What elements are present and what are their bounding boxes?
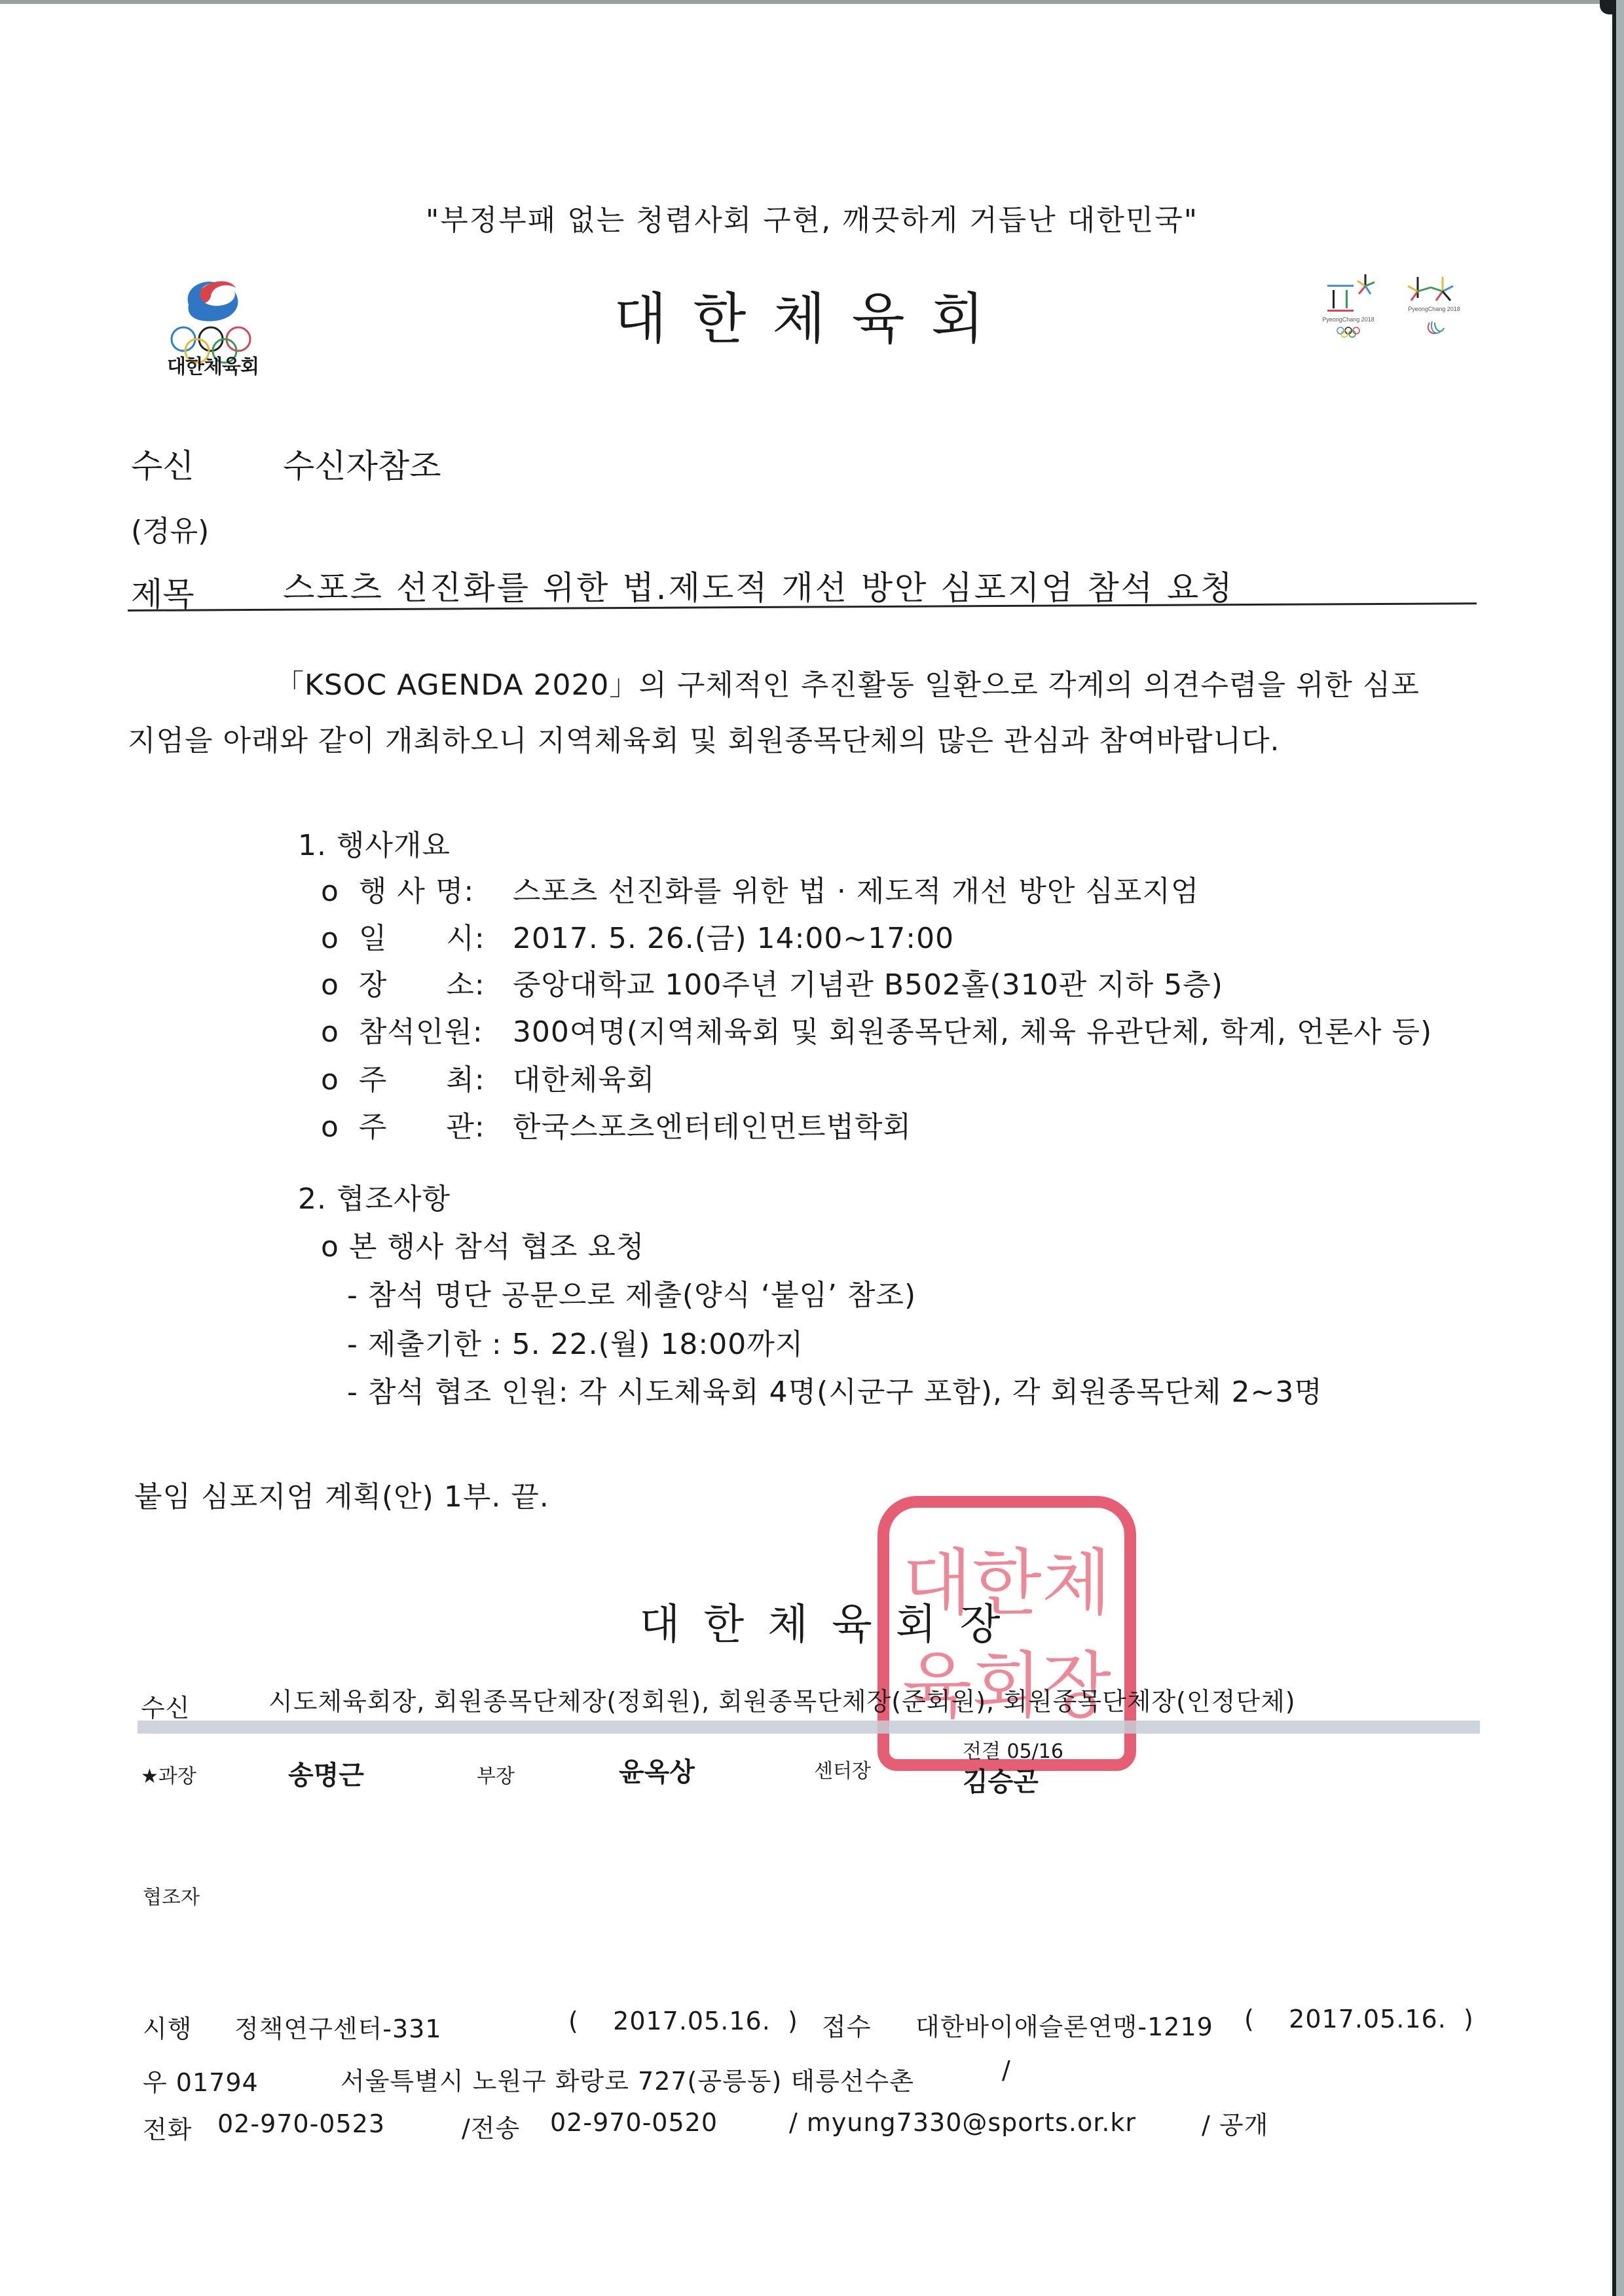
intro-line-1: 「KSOC AGENDA 2020」의 구체적인 추진활동 일환으로 각계의 의… — [275, 661, 1420, 703]
section-2-sub-item: - 제출기한 : 5. 22.(월) 18:00까지 — [347, 1321, 803, 1362]
email-link[interactable]: / myung7330@sports.or.kr — [789, 2108, 1136, 2137]
subject-value: 스포츠 선진화를 위한 법.제도적 개선 방안 심포지엄 참석 요청 — [283, 562, 1234, 609]
approval-name: 윤옥상 — [619, 1751, 695, 1789]
drafter-star-icon: ★ — [141, 1765, 158, 1788]
address-separator: / — [1002, 2056, 1011, 2085]
enforcement-number: 정책연구센터-331 — [234, 2009, 442, 2045]
ksoc-logo-text: 대한체육회 — [157, 350, 268, 379]
item-value: 한국스포츠엔터테인먼트법학회 — [513, 1110, 912, 1144]
event-item: o 주 최: 대한체육회 — [321, 1056, 655, 1098]
item-label: 주 관: — [359, 1103, 503, 1145]
bullet: o — [321, 1063, 339, 1097]
address: 서울특별시 노원구 화랑로 727(공릉동) 태릉선수촌 — [341, 2061, 914, 2097]
section-2-bullet: o 본 행사 참석 협조 요청 — [321, 1223, 644, 1265]
svg-text:PyeongChang 2018: PyeongChang 2018 — [1322, 316, 1375, 323]
pyeongchang-2018-paralympic-emblem-icon: PyeongChang 2018 — [1398, 272, 1470, 344]
approval-role: 센터장 — [814, 1755, 871, 1783]
recipient-value: 수신자참조 — [283, 440, 441, 487]
item-label: 장 소: — [359, 961, 503, 1003]
event-item: o 일 시: 2017. 5. 26.(금) 14:00~17:00 — [321, 915, 954, 957]
phone-number: 02-970-0523 — [217, 2109, 385, 2138]
slogan: "부정부패 없는 청렴사회 구현, 깨끗하게 거듭난 대한민국" — [0, 196, 1624, 238]
approval-name: 송명근 — [288, 1755, 364, 1792]
receipt-number: 대한바이애슬론연맹-1219 — [915, 2007, 1213, 2043]
item-label: 참석인원: — [359, 1008, 503, 1050]
separator-band — [138, 1721, 1480, 1734]
event-item: o 참석인원: 300여명(지역체육회 및 회원종목단체, 체육 유관단체, 학… — [321, 1008, 1432, 1050]
svg-text:PyeongChang 2018: PyeongChang 2018 — [1408, 306, 1460, 312]
seal-char: 체 — [1042, 1534, 1111, 1637]
scan-edge-top — [0, 0, 1608, 4]
receipt-date: ( 2017.05.16. ) — [1244, 2005, 1474, 2033]
subject-label: 제목 — [131, 568, 194, 615]
approval-note: 전결 05/16 — [963, 1735, 1063, 1764]
item-value: 300여명(지역체육회 및 회원종목단체, 체육 유관단체, 학계, 언론사 등… — [513, 1015, 1432, 1049]
event-item: o 장 소: 중앙대학교 100주년 기념관 B502홀(310관 지하 5층) — [321, 961, 1223, 1003]
item-label: 행 사 명: — [359, 867, 503, 909]
pyeongchang-2018-olympic-emblem-icon: PyeongChang 2018 — [1319, 272, 1385, 344]
item-value: 대한체육회 — [513, 1063, 655, 1097]
event-item: o 행 사 명: 스포츠 선진화를 위한 법 · 제도적 개선 방안 심포지엄 — [321, 867, 1199, 909]
attachment-note: 붙임 심포지엄 계획(안) 1부. 끝. — [134, 1473, 549, 1515]
item-value: 스포츠 선진화를 위한 법 · 제도적 개선 방안 심포지엄 — [513, 875, 1199, 908]
bullet: o — [321, 1110, 339, 1144]
seal-char: 대 — [902, 1534, 972, 1637]
receipt-label: 접수 — [822, 2007, 871, 2043]
bullet: o — [321, 968, 339, 1002]
signer-title: 대한체육회장 — [0, 1591, 1624, 1651]
fax-label: /전송 — [462, 2108, 520, 2144]
section-2-sub-item: - 참석 협조 인원: 각 시도체육회 4명(시군구 포함), 각 회원종목단체… — [347, 1368, 1323, 1410]
seal-char: 한 — [972, 1534, 1041, 1637]
enforcement-date: ( 2017.05.16. ) — [568, 2007, 798, 2035]
approval-role: ★과장 — [141, 1760, 196, 1789]
bullet: o — [321, 1015, 339, 1049]
section-2-sub-item: - 참석 명단 공문으로 제출(양식 ‘붙임’ 참조) — [347, 1271, 916, 1313]
via-label: (경유) — [131, 507, 209, 549]
item-label: 주 최: — [359, 1056, 503, 1098]
enforcement-label: 시행 — [143, 2009, 192, 2045]
item-label: 일 시: — [359, 915, 503, 957]
disclosure-status: / 공개 — [1202, 2105, 1268, 2141]
item-value: 중앙대학교 100주년 기념관 B502홀(310관 지하 5층) — [513, 968, 1223, 1002]
phone-label: 전화 — [143, 2109, 192, 2145]
section-2-title: 2. 협조사항 — [298, 1175, 451, 1217]
item-value: 2017. 5. 26.(금) 14:00~17:00 — [513, 922, 954, 955]
distribution-label: 수신 — [141, 1688, 190, 1724]
cooperator-label: 협조자 — [143, 1881, 200, 1910]
fax-number: 02-970-0520 — [550, 2108, 718, 2137]
intro-line-2: 지엄을 아래와 같이 개최하오니 지역체육회 및 회원종목단체의 많은 관심과 … — [128, 717, 1280, 759]
approval-role: 부장 — [477, 1760, 515, 1789]
postal-code: 우 01794 — [143, 2062, 259, 2098]
event-item: o 주 관: 한국스포츠엔터테인먼트법학회 — [321, 1103, 912, 1145]
distribution-value: 시도체육회장, 회원종목단체장(정회원), 회원종목단체장(준회원), 회원종목… — [268, 1681, 1296, 1717]
recipient-label: 수신 — [131, 440, 194, 487]
bullet: o — [321, 875, 339, 908]
bullet: o — [321, 922, 339, 955]
approval-name: 김승곤 — [963, 1761, 1039, 1798]
section-1-title: 1. 행사개요 — [298, 822, 451, 864]
